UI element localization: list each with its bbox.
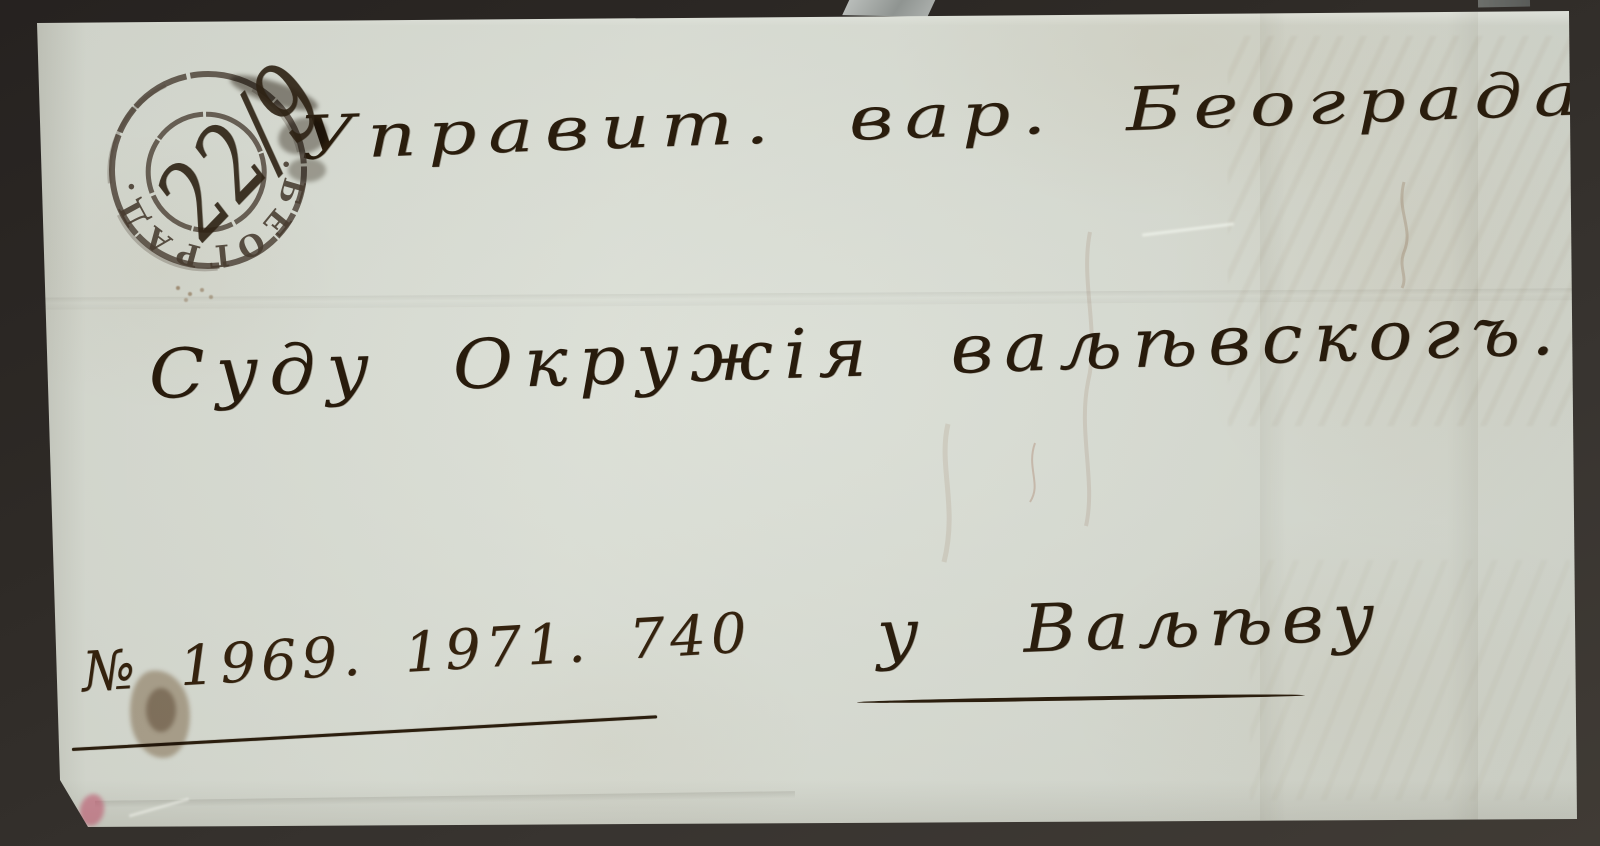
folded-letter-cover: .БЕОГРАД. 22/9 Управит. вар. Београда Су…	[0, 0, 1600, 846]
glassine-tab	[842, 0, 936, 17]
red-crayon-smudge	[77, 792, 107, 828]
bottom-fold-crease	[95, 791, 795, 808]
crease-highlight	[1142, 222, 1234, 236]
ink-show-through-streaks-lower	[1250, 560, 1570, 800]
ink-show-through-streaks	[1228, 36, 1573, 426]
glassine-tab-small	[1478, 0, 1530, 7]
photo-scene: .БЕОГРАД. 22/9 Управит. вар. Београда Су…	[0, 0, 1600, 846]
destination-underline	[857, 693, 1305, 704]
brown-stain-core	[146, 688, 176, 732]
ink-speckles	[176, 286, 180, 290]
